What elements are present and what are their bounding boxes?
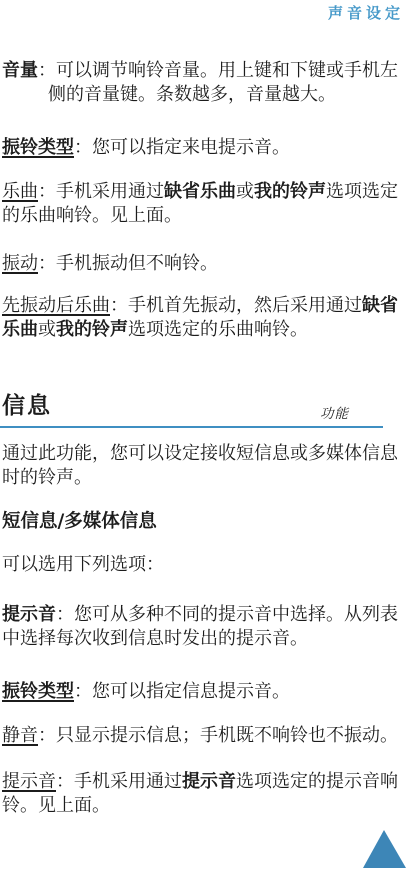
text-segment: ：您可以指定来电提示音。 [74, 137, 290, 158]
subheading-sms-mms: 短信息/多媒体信息 [2, 510, 157, 534]
paragraph-options-intro: 可以选用下列选项： [2, 553, 405, 577]
text-segment: ：手机采用通过 [38, 181, 164, 202]
paragraph-alert-tone-reference: 提示音：手机采用通过提示音选项选定的提示音响 铃。见上面。 [2, 770, 405, 818]
paragraph-ring-type: 振铃类型：您可以指定来电提示音。 [2, 136, 405, 160]
paragraph-message-intro: 通过此功能，您可以设定接收短信息或多媒体信息 时的铃声。 [2, 442, 405, 490]
text-segment: ：您可以指定信息提示音。 [74, 681, 290, 702]
text-segment: 或 [236, 181, 254, 202]
page-header-title: 声音设定 [328, 2, 404, 23]
text-segment: 可以选用下列选项： [2, 554, 164, 575]
text-segment: 或 [38, 319, 56, 340]
text-segment: 我的铃声 [56, 319, 128, 340]
text-segment: ：可以调节响铃音量。用上键和下键或手机左 侧的音量键。条数越多，音量越大。 [38, 60, 398, 105]
section-divider-rule [0, 426, 383, 428]
text-segment: 选项选定的乐曲响铃。 [128, 319, 308, 340]
text-segment: 振铃类型 [2, 137, 74, 158]
text-segment: ：手机采用通过 [56, 771, 182, 792]
text-segment: 静音 [2, 725, 38, 746]
text-segment: ：您可从多种不同的提示音中选择。从列表 中选择每次收到信息时发出的提示音。 [2, 604, 398, 649]
paragraph-message-ring-type: 振铃类型：您可以指定信息提示音。 [2, 680, 405, 704]
paragraph-alert-tone: 提示音：您可从多种不同的提示音中选择。从列表 中选择每次收到信息时发出的提示音。 [2, 603, 405, 651]
paragraph-vibration-then-melody: 先振动后乐曲：手机首先振动，然后采用通过缺省 乐曲或我的铃声选项选定的乐曲响铃。 [2, 294, 405, 342]
text-segment: 缺省乐曲 [164, 181, 236, 202]
paragraph-volume: 音量：可以调节响铃音量。用上键和下键或手机左 侧的音量键。条数越多，音量越大。 [2, 59, 409, 107]
paragraph-vibration: 振动：手机振动但不响铃。 [2, 252, 405, 276]
text-segment: 我的铃声 [254, 181, 326, 202]
text-segment: 振动 [2, 253, 38, 274]
text-segment: 音量 [2, 60, 38, 81]
text-segment: 提示音 [182, 771, 236, 792]
section-title-messages: 信息 [2, 393, 52, 419]
text-segment: 振铃类型 [2, 681, 74, 702]
section-side-label-function: 功能 [320, 402, 349, 422]
text-segment: 提示音 [2, 604, 56, 625]
text-segment: 先振动后乐曲 [2, 295, 110, 316]
text-segment: ：手机振动但不响铃。 [38, 253, 218, 274]
paragraph-melody: 乐曲：手机采用通过缺省乐曲或我的铃声选项选定 的乐曲响铃。见上面。 [2, 180, 405, 228]
paragraph-silent: 静音：只显示提示信息；手机既不响铃也不振动。 [2, 724, 405, 748]
text-segment: ：手机首先振动，然后采用通过 [110, 295, 362, 316]
page-corner-triangle-icon [363, 830, 406, 868]
text-segment: ：只显示提示信息；手机既不响铃也不振动。 [38, 725, 398, 746]
text-segment: 乐曲 [2, 181, 38, 202]
text-segment: 提示音 [2, 771, 56, 792]
text-segment: 通过此功能，您可以设定接收短信息或多媒体信息 时的铃声。 [2, 443, 398, 488]
